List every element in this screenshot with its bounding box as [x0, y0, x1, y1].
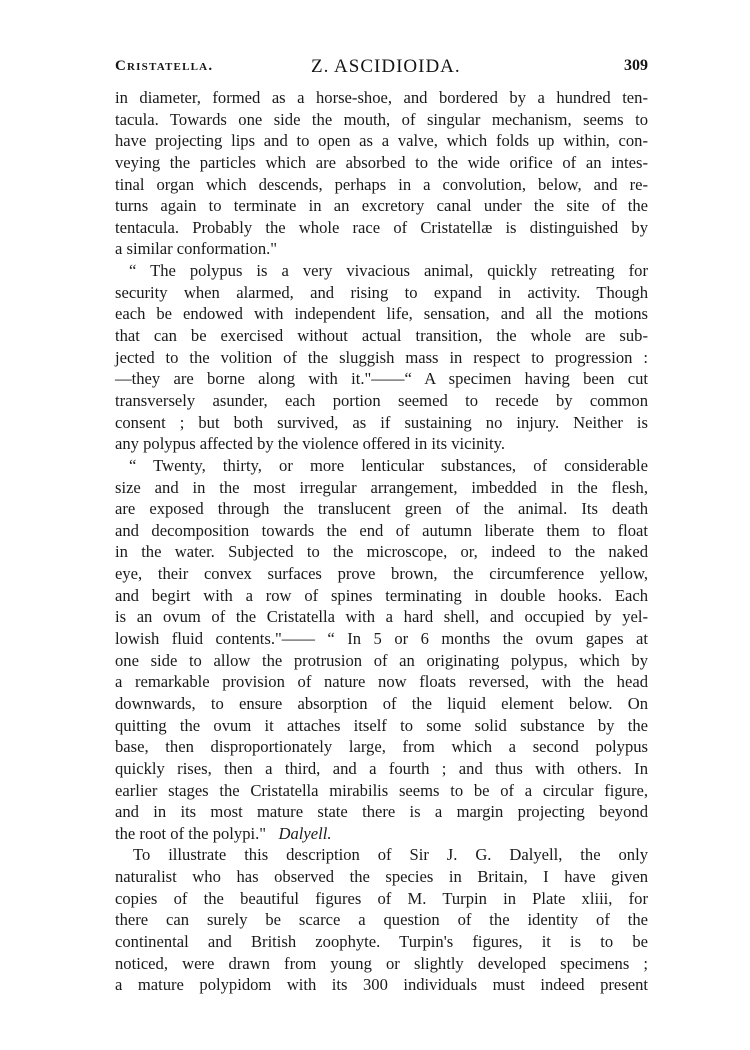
text-line: have projecting lips and to open as a va… — [115, 130, 648, 152]
text-line: any polypus affected by the violence off… — [115, 433, 648, 455]
text-line: “ The polypus is a very vivacious animal… — [115, 260, 648, 282]
text-line: eye, their convex surfaces prove brown, … — [115, 563, 648, 585]
text-line: the root of the polypi." Dalyell. — [115, 823, 648, 845]
text-line: in the water. Subjected to the microscop… — [115, 541, 648, 563]
text-line: in diameter, formed as a horse-shoe, and… — [115, 87, 648, 109]
text-line: tacula. Towards one side the mouth, of s… — [115, 109, 648, 131]
text-line: lowish fluid contents."—— “ In 5 or 6 mo… — [115, 628, 648, 650]
text-line: one side to allow the protrusion of an o… — [115, 650, 648, 672]
text-line: a similar conformation." — [115, 238, 648, 260]
body-text: in diameter, formed as a horse-shoe, and… — [115, 87, 648, 996]
text-line: naturalist who has observed the species … — [115, 866, 648, 888]
text-line: quickly rises, then a third, and a fourt… — [115, 758, 648, 780]
text-line: there can surely be scarce a question of… — [115, 909, 648, 931]
text-line: transversely asunder, each portion seeme… — [115, 390, 648, 412]
paragraph: “ The polypus is a very vivacious animal… — [115, 260, 648, 455]
text-line: consent ; but both survived, as if susta… — [115, 412, 648, 434]
quote-closing-text: the root of the polypi." — [115, 824, 266, 843]
text-line: size and in the most irregular arrangeme… — [115, 477, 648, 499]
text-line: turns again to terminate in an excretory… — [115, 195, 648, 217]
text-line: is an ovum of the Cristatella with a har… — [115, 606, 648, 628]
text-line: earlier stages the Cristatella mirabilis… — [115, 780, 648, 802]
text-line: and decomposition towards the end of aut… — [115, 520, 648, 542]
text-line: are exposed through the translucent gree… — [115, 498, 648, 520]
text-line: and begirt with a row of spines terminat… — [115, 585, 648, 607]
running-head-genus: Cristatella. — [115, 58, 213, 75]
text-line: copies of the beautiful figures of M. Tu… — [115, 888, 648, 910]
paragraph: “ Twenty, thirty, or more lenticular sub… — [115, 455, 648, 845]
text-line: a mature polypidom with its 300 individu… — [115, 974, 648, 996]
running-head: Cristatella. Z. ASCIDIOIDA. 309 — [115, 56, 648, 80]
running-head-section: Z. ASCIDIOIDA. — [311, 56, 461, 78]
page-number: 309 — [624, 57, 648, 75]
paragraph: To illustrate this description of Sir J.… — [115, 844, 648, 995]
text-line: veying the particles which are absorbed … — [115, 152, 648, 174]
text-line: downwards, to ensure absorption of the l… — [115, 693, 648, 715]
attribution: Dalyell. — [278, 824, 331, 843]
book-page: Cristatella. Z. ASCIDIOIDA. 309 in diame… — [115, 56, 648, 996]
text-line: security when alarmed, and rising to exp… — [115, 282, 648, 304]
text-line: each be endowed with independent life, s… — [115, 303, 648, 325]
text-line: —they are borne along with it."——“ A spe… — [115, 368, 648, 390]
text-line: quitting the ovum it attaches itself to … — [115, 715, 648, 737]
text-line: tinal organ which descends, perhaps in a… — [115, 174, 648, 196]
text-line: that can be exercised without actual tra… — [115, 325, 648, 347]
text-line: “ Twenty, thirty, or more lenticular sub… — [115, 455, 648, 477]
text-line: noticed, were drawn from young or slight… — [115, 953, 648, 975]
paragraph: in diameter, formed as a horse-shoe, and… — [115, 87, 648, 260]
text-line: jected to the volition of the sluggish m… — [115, 347, 648, 369]
text-line: tentacula. Probably the whole race of Cr… — [115, 217, 648, 239]
text-line: a remarkable provision of nature now flo… — [115, 671, 648, 693]
text-line: and in its most mature state there is a … — [115, 801, 648, 823]
text-line: continental and British zoophyte. Turpin… — [115, 931, 648, 953]
text-line: To illustrate this description of Sir J.… — [115, 844, 648, 866]
text-line: base, then disproportionately large, fro… — [115, 736, 648, 758]
